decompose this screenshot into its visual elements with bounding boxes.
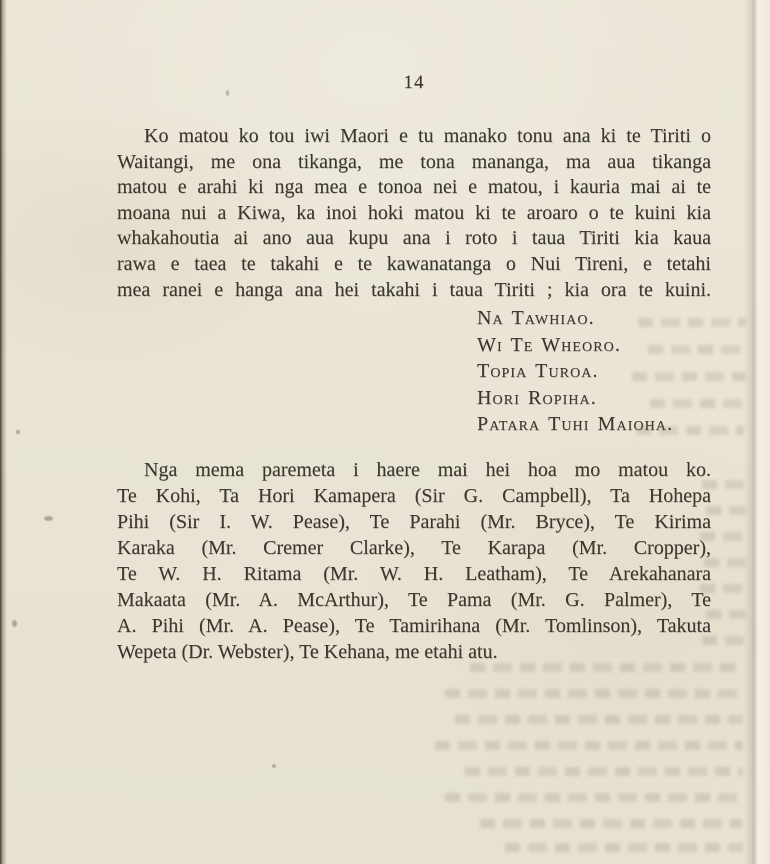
paragraph-line: Nga mema paremeta i haere mai hei hoa mo… <box>117 457 711 483</box>
bleedthrough-line <box>480 819 742 828</box>
paragraph-line: Ko matou ko tou iwi Maori e tu manako to… <box>117 124 711 150</box>
paragraph-line: mea ranei e hanga ana hei takahi i taua … <box>117 278 711 304</box>
paper-speck <box>272 764 276 768</box>
bleedthrough-line <box>702 480 748 489</box>
bleedthrough-line <box>445 689 743 698</box>
paper-speck <box>16 430 20 434</box>
paper-speck <box>44 516 53 521</box>
page-number: 14 <box>117 72 711 94</box>
bleedthrough-line <box>465 767 743 776</box>
paragraph-line: whakahoutia ai ano aua kupu ana i roto i… <box>117 226 711 252</box>
paragraph-line: Makaata (Mr. A. McArthur), Te Pama (Mr. … <box>117 587 711 613</box>
paragraph-line: rawa e taea te takahi e te kawanatanga o… <box>117 252 711 278</box>
signature-item: Wi Te Wheoro. <box>477 332 673 359</box>
bleedthrough-line <box>505 843 743 852</box>
bleedthrough-line <box>700 584 746 593</box>
paragraph-line: matou e arahi ki nga mea e tonoa nei e m… <box>117 175 711 201</box>
paragraph-line: moana nui a Kiwa, ka inoi hoki matou ki … <box>117 201 711 227</box>
bleedthrough-line <box>648 345 746 354</box>
bleedthrough-line <box>636 426 744 435</box>
paragraph-line: Waitangi, me ona tikanga, me tona manang… <box>117 150 711 176</box>
bleedthrough-line <box>700 532 748 541</box>
bleedthrough-line <box>704 558 746 567</box>
bleedthrough-line <box>706 506 746 515</box>
body-paragraph-1: Ko matou ko tou iwi Maori e tu manako to… <box>117 124 711 303</box>
bleedthrough-line <box>632 372 746 381</box>
bleedthrough-line <box>435 741 743 750</box>
bleedthrough-line <box>638 318 746 327</box>
bleedthrough-line <box>706 610 746 619</box>
bleedthrough-line <box>702 636 746 645</box>
paragraph-line: Te W. H. Ritama (Mr. W. H. Leatham), Te … <box>117 561 711 587</box>
bleedthrough-line <box>455 715 743 724</box>
bleedthrough-line <box>470 663 742 672</box>
paragraph-line: Wepeta (Dr. Webster), Te Kehana, me etah… <box>117 639 711 665</box>
bleedthrough-line <box>650 399 744 408</box>
page-edge-left <box>0 0 7 864</box>
paragraph-line: Karaka (Mr. Cremer Clarke), Te Karapa (M… <box>117 535 711 561</box>
paragraph-line: A. Pihi (Mr. A. Pease), Te Tamirihana (M… <box>117 613 711 639</box>
paper-speck <box>226 90 229 96</box>
page-scan: 14 Ko matou ko tou iwi Maori e tu manako… <box>0 0 770 864</box>
paragraph-line: Te Kohi, Ta Hori Kamapera (Sir G. Campbe… <box>117 483 711 509</box>
signature-item: Hori Ropiha. <box>477 385 673 412</box>
body-paragraph-2: Nga mema paremeta i haere mai hei hoa mo… <box>117 457 711 665</box>
paragraph-line: Pihi (Sir I. W. Pease), Te Parahi (Mr. B… <box>117 509 711 535</box>
page-edge-right <box>744 0 770 864</box>
paper-speck <box>12 620 17 627</box>
bleedthrough-line <box>445 793 743 802</box>
